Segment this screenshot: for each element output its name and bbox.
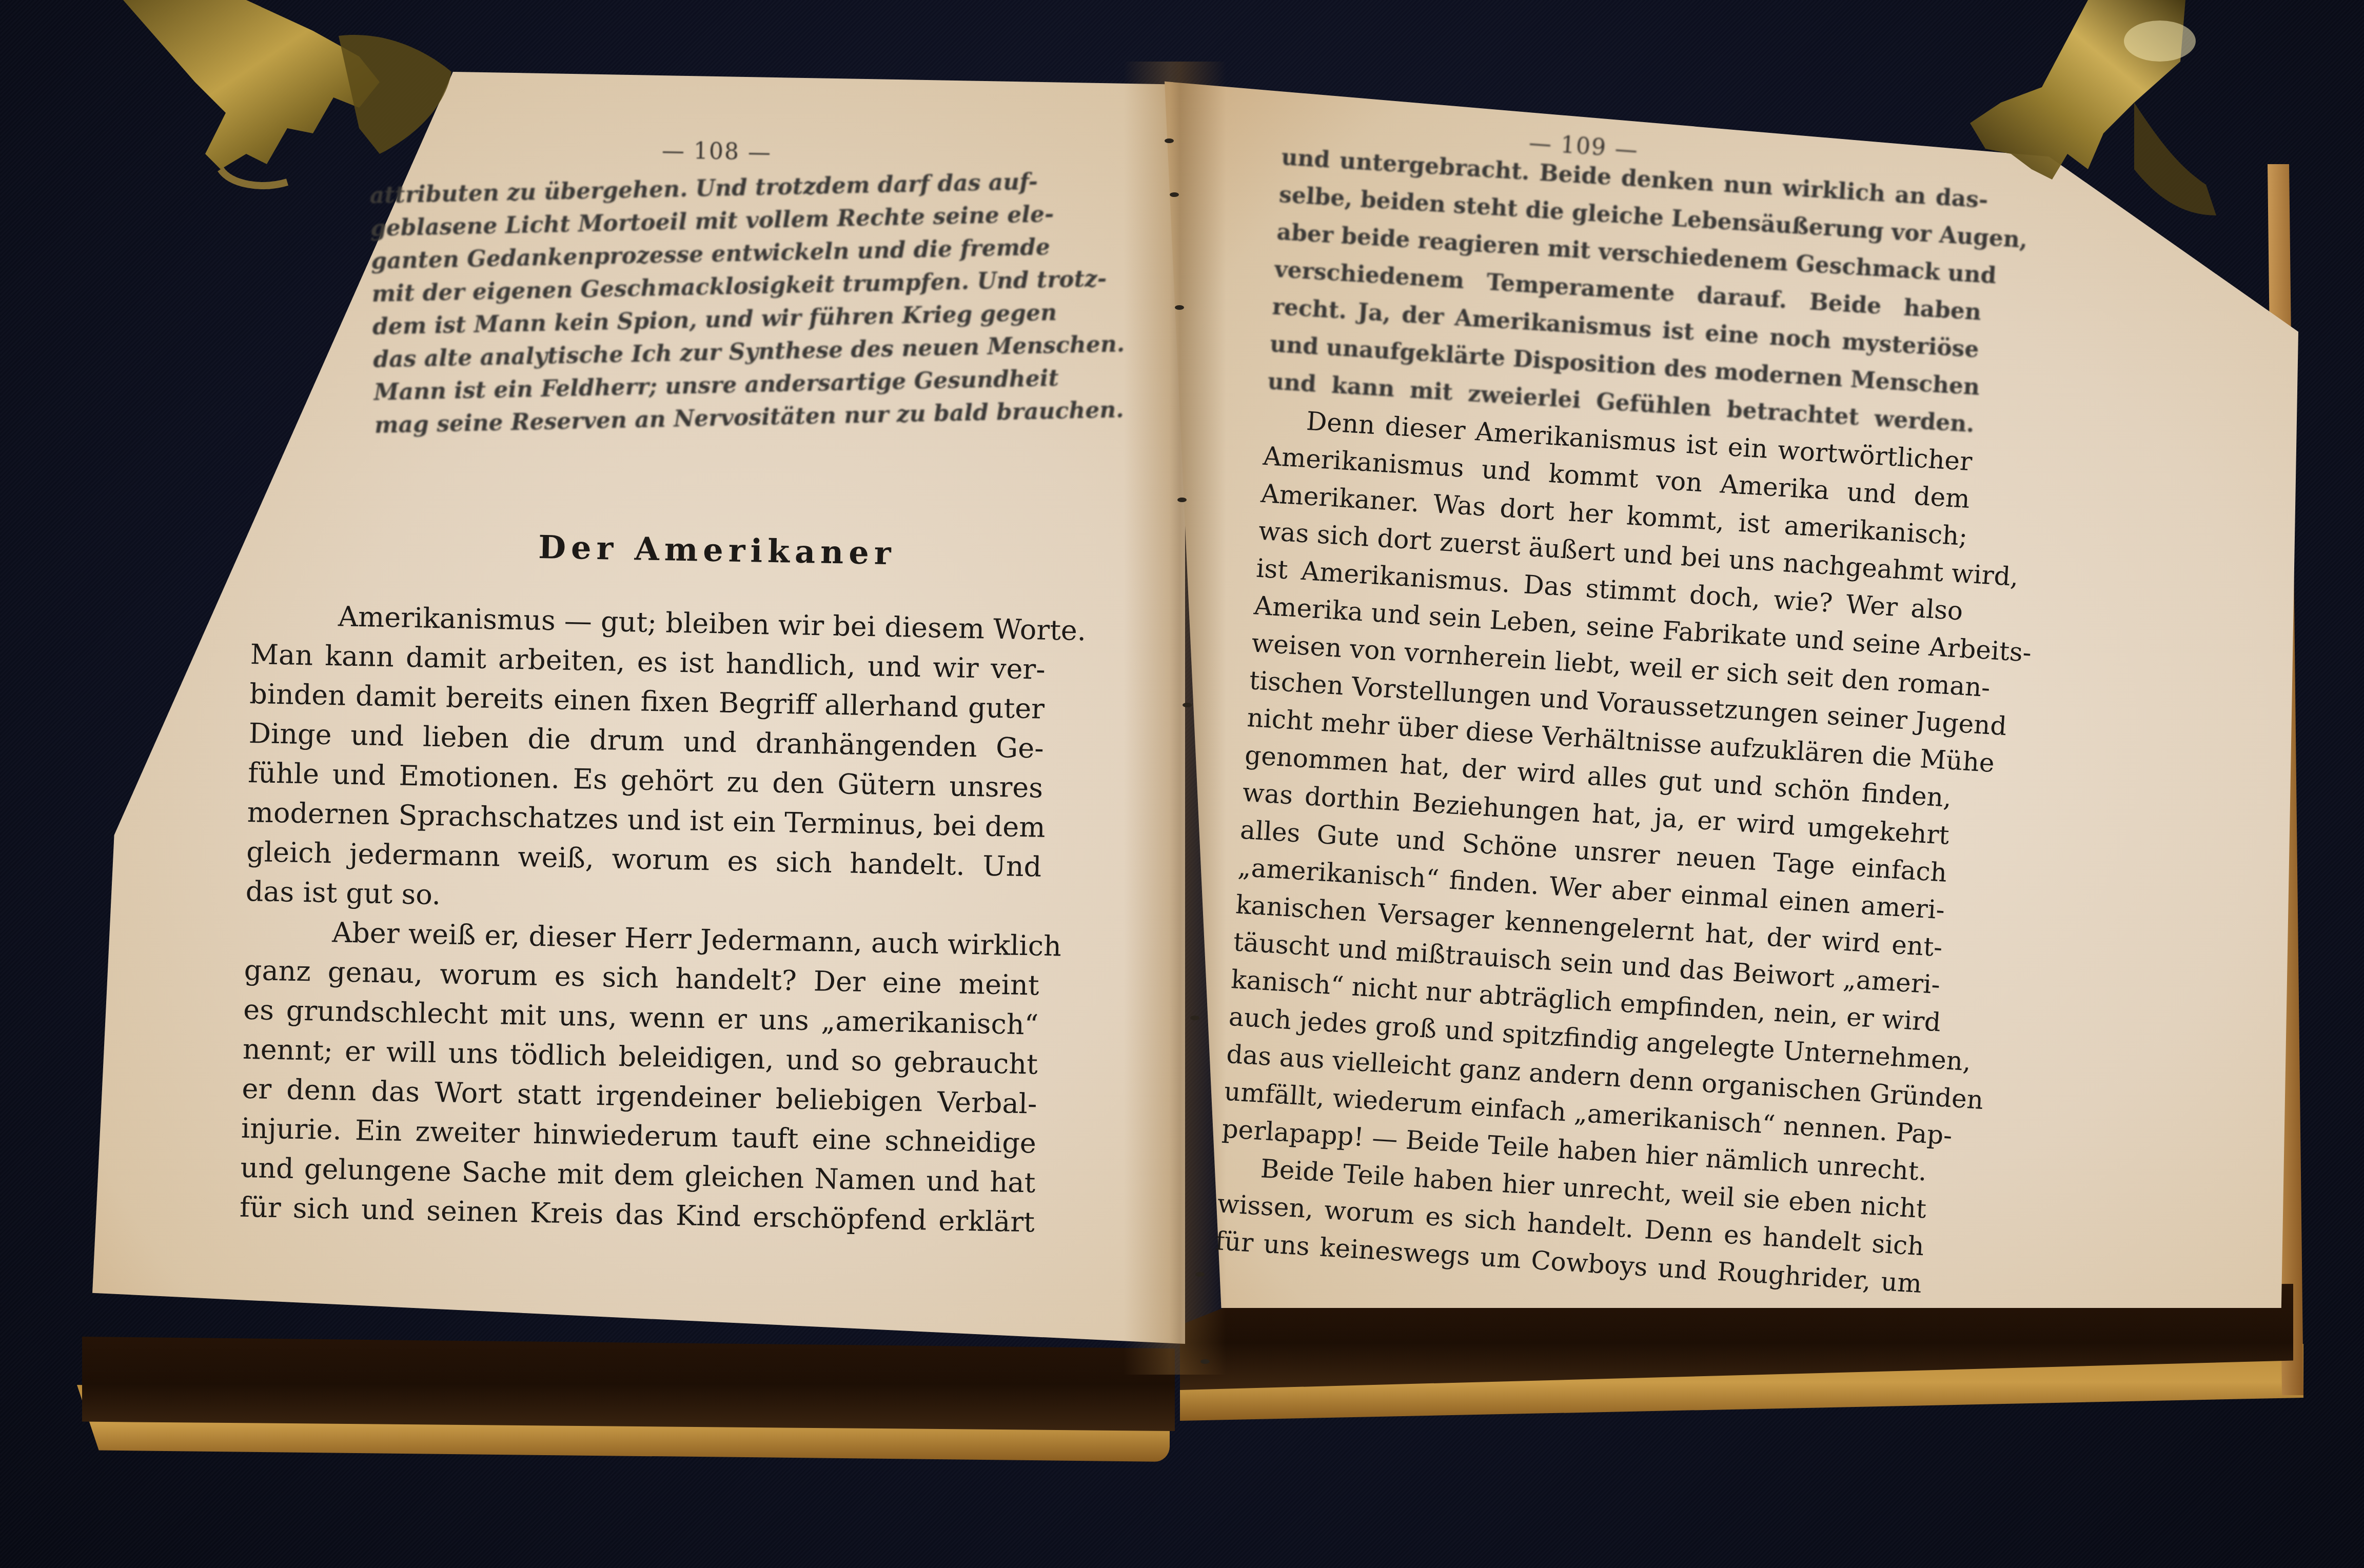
binding-stitch xyxy=(1195,1272,1205,1277)
binding-stitch xyxy=(1190,1016,1199,1020)
binding-stitch xyxy=(1170,192,1179,197)
right-page-body: und untergebracht. Beide denken nun wirk… xyxy=(1214,138,1989,1303)
binding-stitch xyxy=(1165,138,1174,143)
binding-stitch xyxy=(1175,305,1184,310)
left-page-top-paragraph: attributen zu übergehen. Und trotzdem da… xyxy=(369,165,1057,442)
brass-hand-clip-left-icon xyxy=(92,0,462,195)
brass-hand-clip-right-icon xyxy=(1847,0,2237,236)
binding-stitch xyxy=(1177,498,1187,502)
binding-stitch xyxy=(1183,703,1192,707)
left-page-body: Amerikanismus — gut; bleiben wir bei die… xyxy=(239,595,1046,1242)
page-number-left: — 108 — xyxy=(662,137,772,166)
binding-stitch xyxy=(1200,1359,1210,1364)
chapter-title: Der Amerikaner xyxy=(538,528,896,572)
